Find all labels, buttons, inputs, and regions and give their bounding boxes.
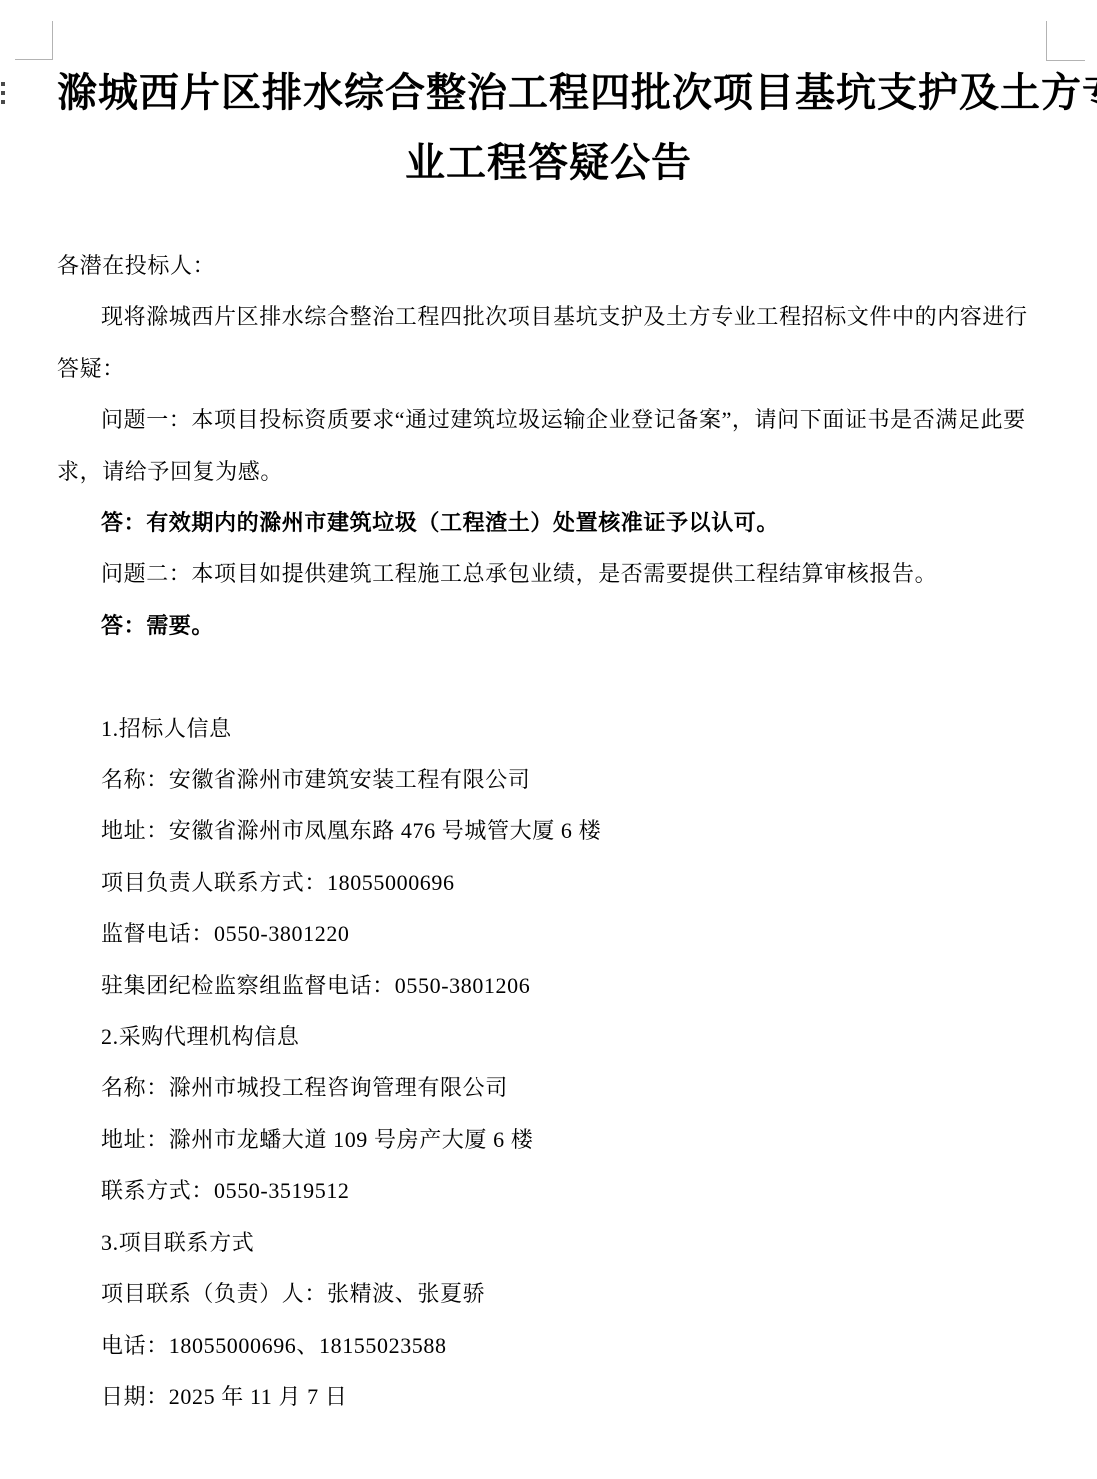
body-line: 1.招标人信息	[57, 703, 1047, 754]
body-line: 问题一：本项目投标资质要求“通过建筑垃圾运输企业登记备案”，请问下面证书是否满足…	[57, 394, 1047, 445]
body-line: 电话：18055000696、18155023588	[57, 1320, 1047, 1371]
side-handle-dots[interactable]	[1, 82, 5, 104]
title-line: 滁城西片区排水综合整治工程四批次项目基坑支护及土方专	[57, 58, 1040, 128]
document-page: 滁城西片区排水综合整治工程四批次项目基坑支护及土方专业工程答疑公告 各潜在投标人…	[0, 0, 1097, 1479]
body-line: 答：有效期内的滁州市建筑垃圾（工程渣土）处置核准证予以认可。	[57, 497, 1047, 548]
crop-mark-top-right-vertical	[1046, 21, 1047, 61]
body-line: 项目负责人联系方式：18055000696	[57, 857, 1047, 908]
body-line: 名称：滁州市城投工程咨询管理有限公司	[57, 1062, 1047, 1113]
title-line: 业工程答疑公告	[57, 128, 1040, 198]
handle-dot-icon	[1, 100, 5, 104]
body-line: 驻集团纪检监察组监督电话：0550-3801206	[57, 960, 1047, 1011]
crop-mark-top-right-horizontal	[1047, 60, 1085, 61]
handle-dot-icon	[1, 82, 5, 86]
crop-mark-top-left-horizontal	[15, 59, 53, 60]
crop-mark-top-left-vertical	[52, 21, 53, 60]
body-line	[57, 651, 1047, 702]
body-line: 监督电话：0550-3801220	[57, 908, 1047, 959]
handle-dot-icon	[1, 91, 5, 95]
document-body: 各潜在投标人：现将滁城西片区排水综合整治工程四批次项目基坑支护及土方专业工程招标…	[57, 240, 1047, 1422]
body-line: 3.项目联系方式	[57, 1217, 1047, 1268]
body-line: 项目联系（负责）人：张精波、张夏骄	[57, 1268, 1047, 1319]
body-line: 求，请给予回复为感。	[57, 446, 1047, 497]
document-title: 滁城西片区排水综合整治工程四批次项目基坑支护及土方专业工程答疑公告	[57, 58, 1040, 198]
body-line: 地址：滁州市龙蟠大道 109 号房产大厦 6 楼	[57, 1114, 1047, 1165]
body-line: 地址：安徽省滁州市凤凰东路 476 号城管大厦 6 楼	[57, 805, 1047, 856]
body-line: 各潜在投标人：	[57, 240, 1047, 291]
body-line: 日期：2025 年 11 月 7 日	[57, 1371, 1047, 1422]
body-line: 现将滁城西片区排水综合整治工程四批次项目基坑支护及土方专业工程招标文件中的内容进…	[57, 291, 1047, 342]
body-line: 问题二：本项目如提供建筑工程施工总承包业绩，是否需要提供工程结算审核报告。	[57, 548, 1047, 599]
body-line: 答：需要。	[57, 600, 1047, 651]
body-line: 答疑：	[57, 343, 1047, 394]
body-line: 2.采购代理机构信息	[57, 1011, 1047, 1062]
body-line: 名称：安徽省滁州市建筑安装工程有限公司	[57, 754, 1047, 805]
body-line: 联系方式：0550-3519512	[57, 1165, 1047, 1216]
